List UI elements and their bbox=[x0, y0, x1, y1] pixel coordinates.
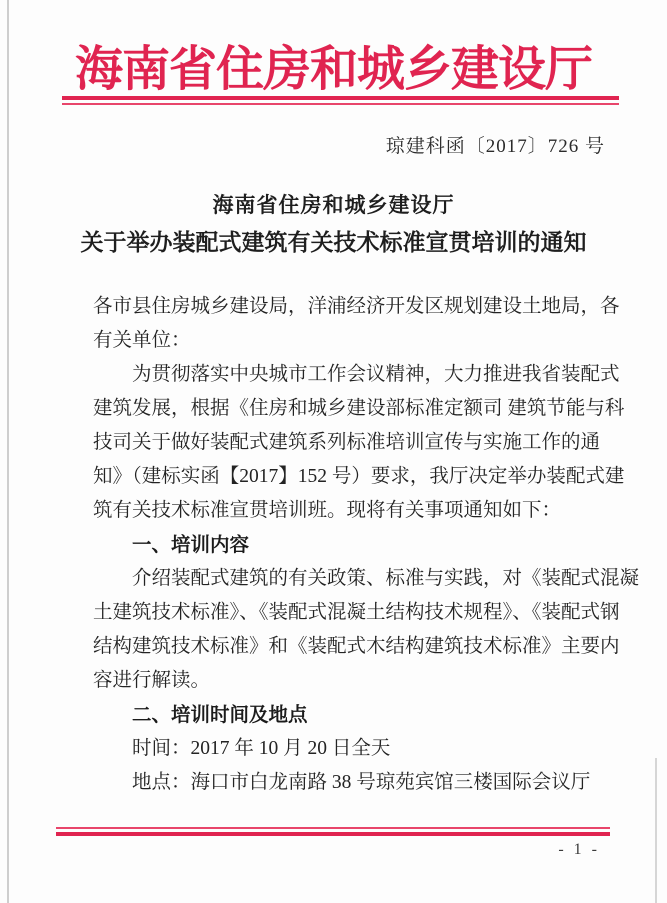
doc-title-line1: 海南省住房和城乡建设厅 bbox=[0, 189, 667, 219]
document-page: 海南省住房和城乡建设厅 琼建科函〔2017〕726 号 海南省住房和城乡建设厅 … bbox=[0, 0, 667, 903]
scan-edge-left bbox=[7, 0, 9, 903]
body-line: 建筑发展，根据《住房和城乡建设部标准定额司 建筑节能与科 bbox=[93, 392, 609, 426]
footer-rule-thick bbox=[56, 832, 610, 836]
body-line: 结构建筑技术标准》和《装配式木结构建筑技术标准》主要内 bbox=[93, 630, 609, 664]
body-line: 容进行解读。 bbox=[93, 664, 609, 698]
body-line: 筑有关技术标准宣贯培训班。现将有关事项通知如下： bbox=[93, 494, 609, 528]
body-line: 知》（建标实函【2017】152 号）要求，我厅决定举办装配式建 bbox=[93, 460, 609, 494]
body-line: 有关单位： bbox=[93, 324, 609, 358]
masthead-rule bbox=[62, 96, 619, 105]
body-line: 为贯彻落实中央城市工作会议精神，大力推进我省装配式 bbox=[93, 358, 609, 392]
page-number: - 1 - bbox=[558, 841, 600, 859]
body-line-time: 时间：2017 年 10 月 20 日全天 bbox=[93, 732, 609, 766]
body-line: 各市县住房城乡建设局，洋浦经济开发区规划建设土地局，各 bbox=[93, 290, 609, 324]
masthead-rule-thin bbox=[62, 103, 619, 105]
section-heading-1: 一、培训内容 bbox=[93, 528, 609, 562]
agency-masthead: 海南省住房和城乡建设厅 bbox=[0, 30, 667, 99]
section-heading-2: 二、培训时间及地点 bbox=[93, 698, 609, 732]
doc-number: 琼建科函〔2017〕726 号 bbox=[386, 131, 605, 158]
doc-body: 各市县住房城乡建设局，洋浦经济开发区规划建设土地局，各 有关单位： 为贯彻落实中… bbox=[93, 290, 609, 800]
body-line: 介绍装配式建筑的有关政策、标准与实践，对《装配式混凝 bbox=[93, 562, 609, 596]
scan-edge-right bbox=[655, 758, 657, 903]
doc-title-line2: 关于举办装配式建筑有关技术标准宣贯培训的通知 bbox=[0, 224, 667, 257]
body-line-place: 地点：海口市白龙南路 38 号琼苑宾馆三楼国际会议厅 bbox=[93, 766, 609, 800]
body-line: 技司关于做好装配式建筑系列标准培训宣传与实施工作的通 bbox=[93, 426, 609, 460]
footer-rule-thin bbox=[56, 827, 610, 829]
body-line: 土建筑技术标准》、《装配式混凝土结构技术规程》、《装配式钢 bbox=[93, 596, 609, 630]
